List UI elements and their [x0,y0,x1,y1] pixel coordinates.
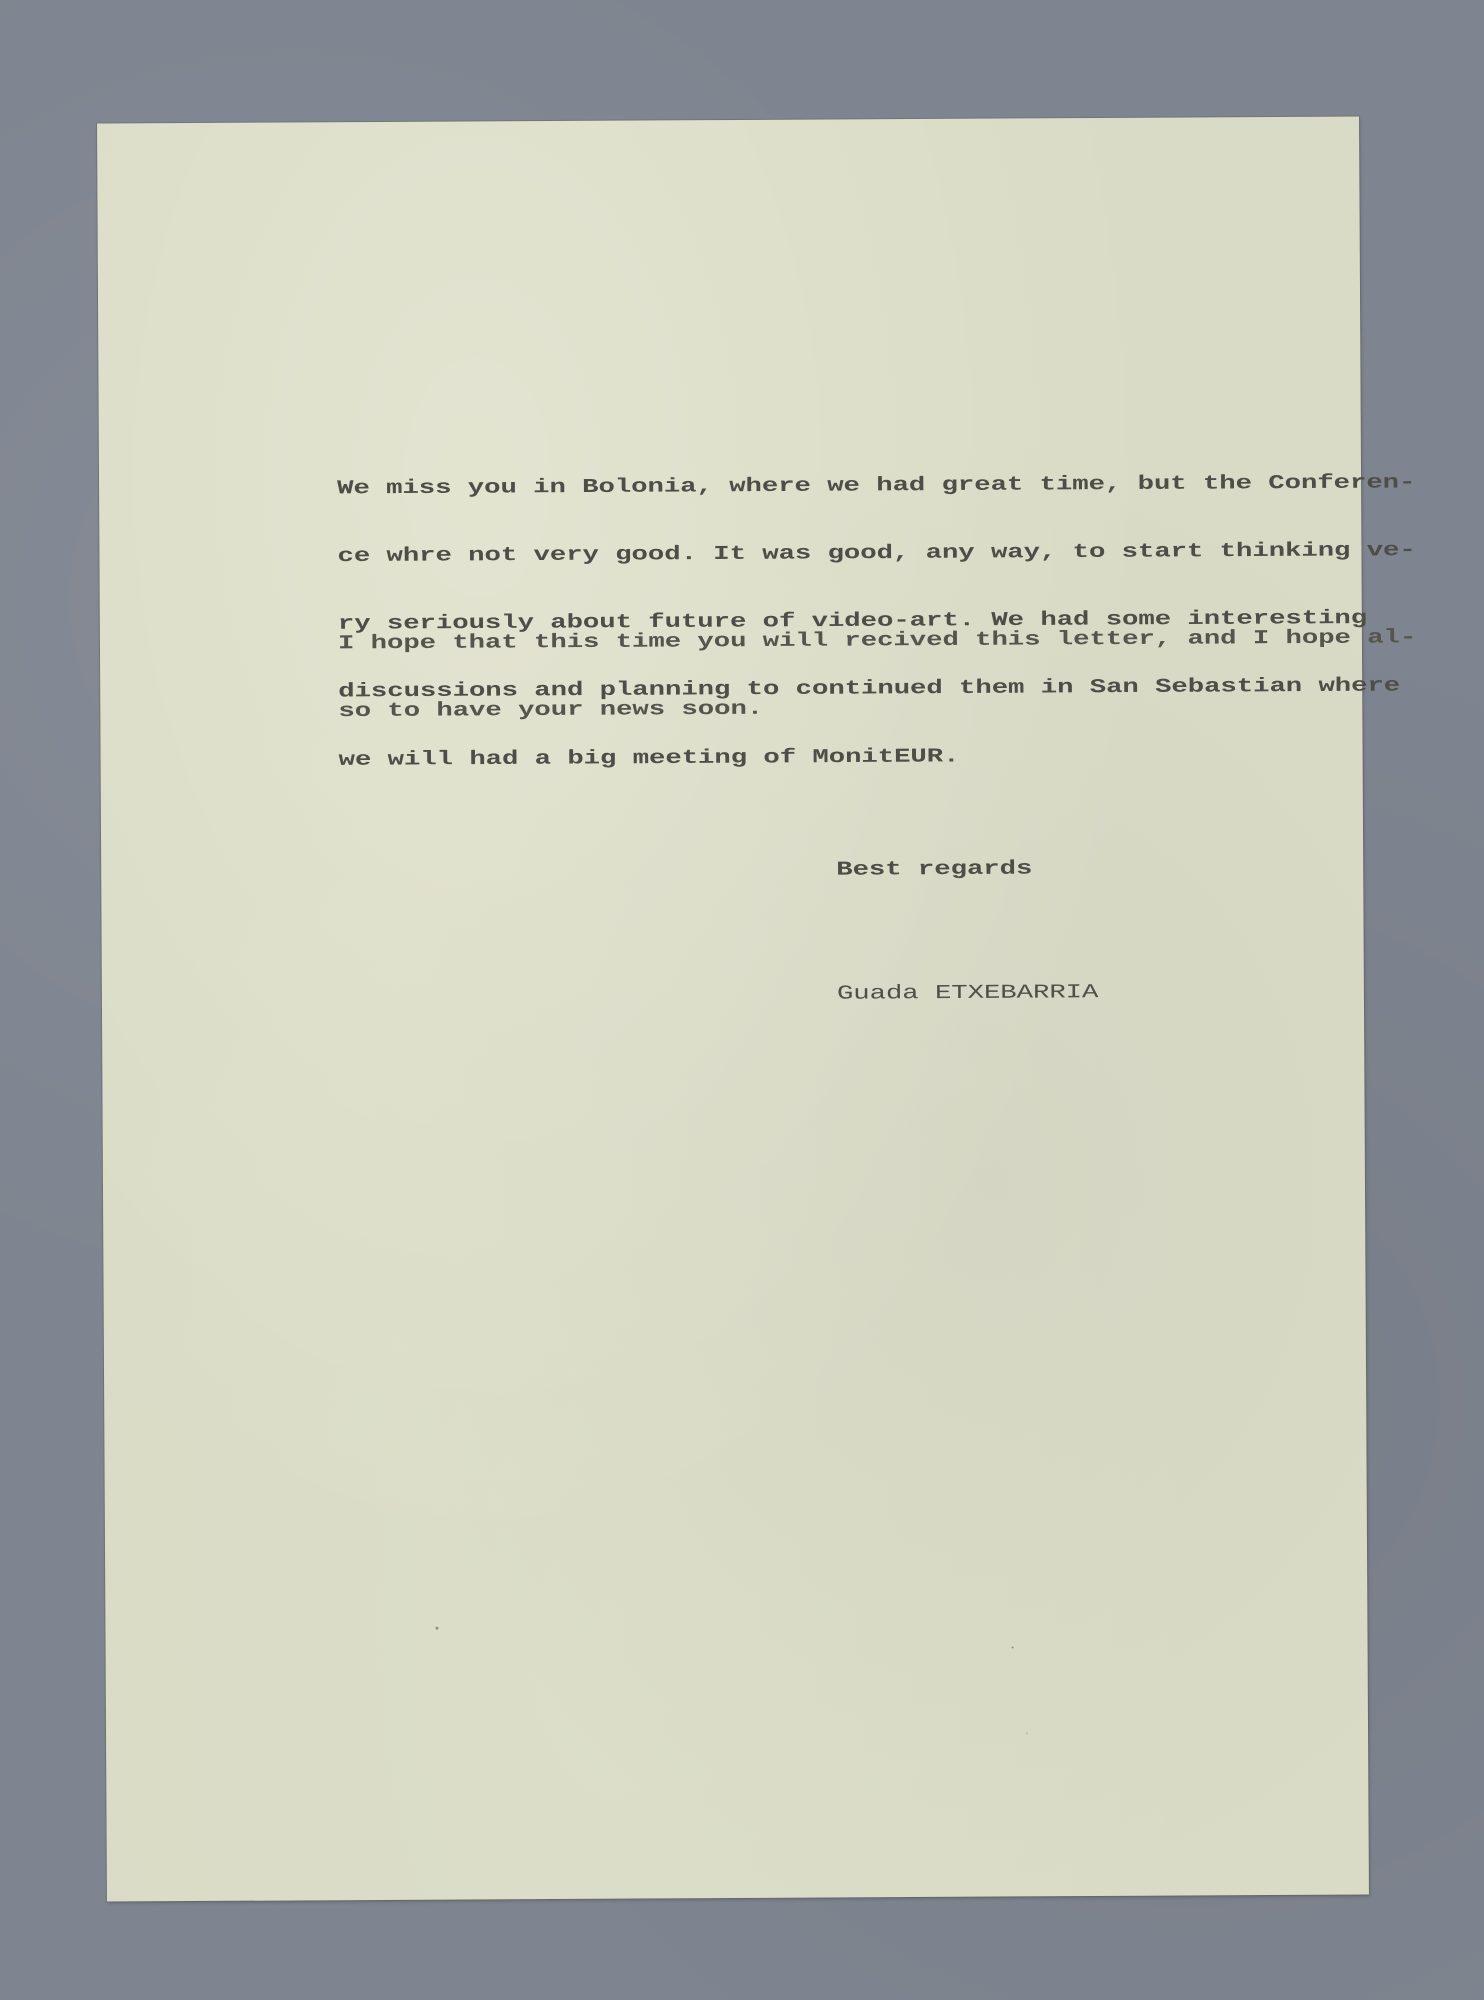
paper-speck [1026,1732,1028,1734]
text-line: ce whre not very good. It was good, any … [337,539,1415,568]
paper-speck [435,1627,438,1630]
letter-page: We miss you in Bolonia, where we had gre… [97,116,1369,1901]
text-line: We miss you in Bolonia, where we had gre… [337,471,1415,500]
closing-salutation: Best regards [836,861,1032,878]
text-line: so to have your news soon. [338,694,1416,723]
text-line: I hope that this time you will recived t… [338,626,1416,655]
paper-speck [1012,1646,1014,1648]
body-paragraph-2: I hope that this time you will recived t… [338,581,1417,768]
signature-name: Guada ETXEBARRIA [837,985,1098,1003]
